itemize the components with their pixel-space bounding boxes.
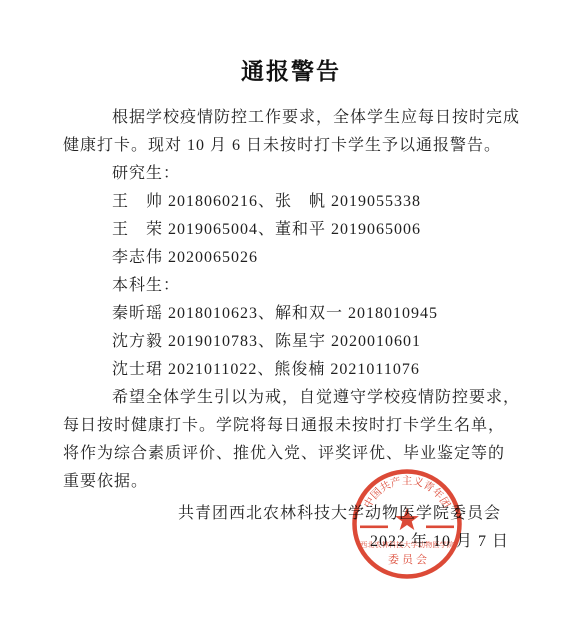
body-line: 将作为综合素质评价、推优入党、评奖评优、毕业鉴定等的 [63, 440, 520, 468]
body-line-student-names: 沈方毅 2019010783、陈星宇 2020010601 [63, 328, 520, 356]
body-line: 希望全体学生引以为戒，自觉遵守学校疫情防控要求， [63, 384, 520, 412]
body-line-graduate-heading: 研究生： [63, 160, 520, 188]
body-line-undergraduate-heading: 本科生： [63, 272, 520, 300]
body-line-student-names: 秦昕瑶 2018010623、解和双一 2018010945 [63, 300, 520, 328]
signature-line: 共青团西北农林科技大学动物医学院委员会 [63, 500, 520, 528]
body-line-student-names: 沈士珺 2021011022、熊俊楠 2021011076 [63, 356, 520, 384]
body-line: 健康打卡。现对 10 月 6 日未按时打卡学生予以通报警告。 [63, 132, 520, 160]
body-line-student-names: 王 荣 2019065004、董和平 2019065006 [63, 216, 520, 244]
body-line: 每日按时健康打卡。学院将每日通报未按时打卡学生名单， [63, 412, 520, 440]
body-line: 根据学校疫情防控工作要求，全体学生应每日按时完成 [63, 104, 520, 132]
body-line: 重要依据。 [63, 468, 520, 496]
notice-document: 通报警告 根据学校疫情防控工作要求，全体学生应每日按时完成 健康打卡。现对 10… [0, 0, 582, 627]
document-title: 通报警告 [0, 0, 582, 88]
body-line-student-names: 李志伟 2020065026 [63, 244, 520, 272]
body-line-student-names: 王 帅 2018060216、张 帆 2019055338 [63, 188, 520, 216]
date-line: 2022 年 10 月 7 日 [63, 528, 520, 556]
notice-body: 根据学校疫情防控工作要求，全体学生应每日按时完成 健康打卡。现对 10 月 6 … [63, 104, 520, 556]
